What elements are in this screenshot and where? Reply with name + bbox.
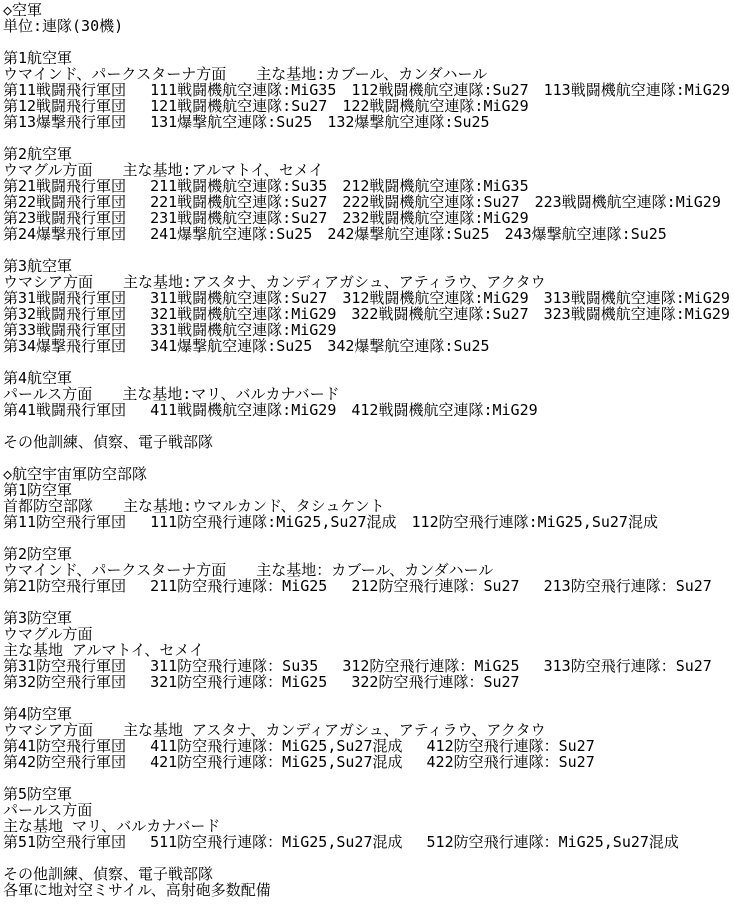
text-line: 主な基地 マリ、バルカナバード: [3, 818, 734, 834]
text-line: その他訓練、偵察、電子戦部隊: [3, 866, 734, 882]
text-line: 第3航空軍: [3, 258, 734, 274]
blank-line: [3, 354, 734, 370]
text-line: ウマインド、パークスターナ方面 主な基地：カブール、カンダハール: [3, 562, 734, 578]
text-line: 第2防空軍: [3, 546, 734, 562]
text-line: ウマシア方面 主な基地:アスタナ、カンディアガシュ、アティラウ、アクタウ: [3, 274, 734, 290]
text-line: ウマグル方面: [3, 626, 734, 642]
text-line: 第3防空軍: [3, 610, 734, 626]
text-line: 第33戦闘飛行軍団 331戦闘機航空連隊:MiG29: [3, 322, 734, 338]
blank-line: [3, 850, 734, 866]
text-line: パールス方面 主な基地:マリ、バルカナバード: [3, 386, 734, 402]
text-line: その他訓練、偵察、電子戦部隊: [3, 434, 734, 450]
blank-line: [3, 34, 734, 50]
blank-line: [3, 242, 734, 258]
blank-line: [3, 530, 734, 546]
text-line: 第32防空飛行軍団 321防空飛行連隊：MiG25 322防空飛行連隊：Su27: [3, 674, 734, 690]
text-line: パールス方面: [3, 802, 734, 818]
text-line: ウマインド、パークスターナ方面 主な基地:カブール、カンダハール: [3, 66, 734, 82]
text-line: 第4航空軍: [3, 370, 734, 386]
text-line: 第42防空飛行軍団 421防空飛行連隊：MiG25,Su27混成 422防空飛行…: [3, 754, 734, 770]
text-line: 第31戦闘飛行軍団 311戦闘機航空連隊:Su27 312戦闘機航空連隊:MiG…: [3, 290, 734, 306]
text-line: 第1航空軍: [3, 50, 734, 66]
text-line: 首都防空部隊 主な基地:ウマルカンド、タシュケント: [3, 498, 734, 514]
text-line: 主な基地 アルマトイ、セメイ: [3, 642, 734, 658]
document-body: ◇空軍単位:連隊(30機) 第1航空軍ウマインド、パークスターナ方面 主な基地:…: [0, 0, 734, 898]
text-line: 単位:連隊(30機): [3, 18, 734, 34]
blank-line: [3, 418, 734, 434]
text-line: 第13爆撃飛行軍団 131爆撃航空連隊:Su25 132爆撃航空連隊:Su25: [3, 114, 734, 130]
blank-line: [3, 770, 734, 786]
text-line: ◇航空宇宙軍防空部隊: [3, 466, 734, 482]
text-line: 第51防空飛行軍団 511防空飛行連隊：MiG25,Su27混成 512防空飛行…: [3, 834, 734, 850]
text-line: 第22戦闘飛行軍団 221戦闘機航空連隊:Su27 222戦闘機航空連隊:Su2…: [3, 194, 734, 210]
blank-line: [3, 130, 734, 146]
blank-line: [3, 450, 734, 466]
text-line: 第11防空飛行軍団 111防空飛行連隊:MiG25,Su27混成 112防空飛行…: [3, 514, 734, 530]
text-line: 第21防空飛行軍団 211防空飛行連隊：MiG25 212防空飛行連隊：Su27…: [3, 578, 734, 594]
text-line: 第4防空軍: [3, 706, 734, 722]
text-line: ウマグル方面 主な基地:アルマトイ、セメイ: [3, 162, 734, 178]
text-line: 第11戦闘飛行軍団 111戦闘機航空連隊:MiG35 112戦闘機航空連隊:Su…: [3, 82, 734, 98]
blank-line: [3, 594, 734, 610]
blank-line: [3, 690, 734, 706]
text-line: 第31防空飛行軍団 311防空飛行連隊：Su35 312防空飛行連隊：MiG25…: [3, 658, 734, 674]
text-line: ◇空軍: [3, 2, 734, 18]
text-line: 第32戦闘飛行軍団 321戦闘機航空連隊:MiG29 322戦闘機航空連隊:Su…: [3, 306, 734, 322]
text-line: 第24爆撃飛行軍団 241爆撃航空連隊:Su25 242爆撃航空連隊:Su25 …: [3, 226, 734, 242]
text-line: 第5防空軍: [3, 786, 734, 802]
text-line: 各軍に地対空ミサイル、高射砲多数配備: [3, 882, 734, 898]
text-line: 第12戦闘飛行軍団 121戦闘機航空連隊:Su27 122戦闘機航空連隊:MiG…: [3, 98, 734, 114]
text-line: 第23戦闘飛行軍団 231戦闘機航空連隊:Su27 232戦闘機航空連隊:MiG…: [3, 210, 734, 226]
text-line: 第1防空軍: [3, 482, 734, 498]
text-line: ウマシア方面 主な基地 アスタナ、カンディアガシュ、アティラウ、アクタウ: [3, 722, 734, 738]
text-line: 第41防空飛行軍団 411防空飛行連隊：MiG25,Su27混成 412防空飛行…: [3, 738, 734, 754]
text-line: 第34爆撃飛行軍団 341爆撃航空連隊:Su25 342爆撃航空連隊:Su25: [3, 338, 734, 354]
text-line: 第41戦闘飛行軍団 411戦闘機航空連隊:MiG29 412戦闘機航空連隊:Mi…: [3, 402, 734, 418]
text-line: 第21戦闘飛行軍団 211戦闘機航空連隊:Su35 212戦闘機航空連隊:MiG…: [3, 178, 734, 194]
text-line: 第2航空軍: [3, 146, 734, 162]
